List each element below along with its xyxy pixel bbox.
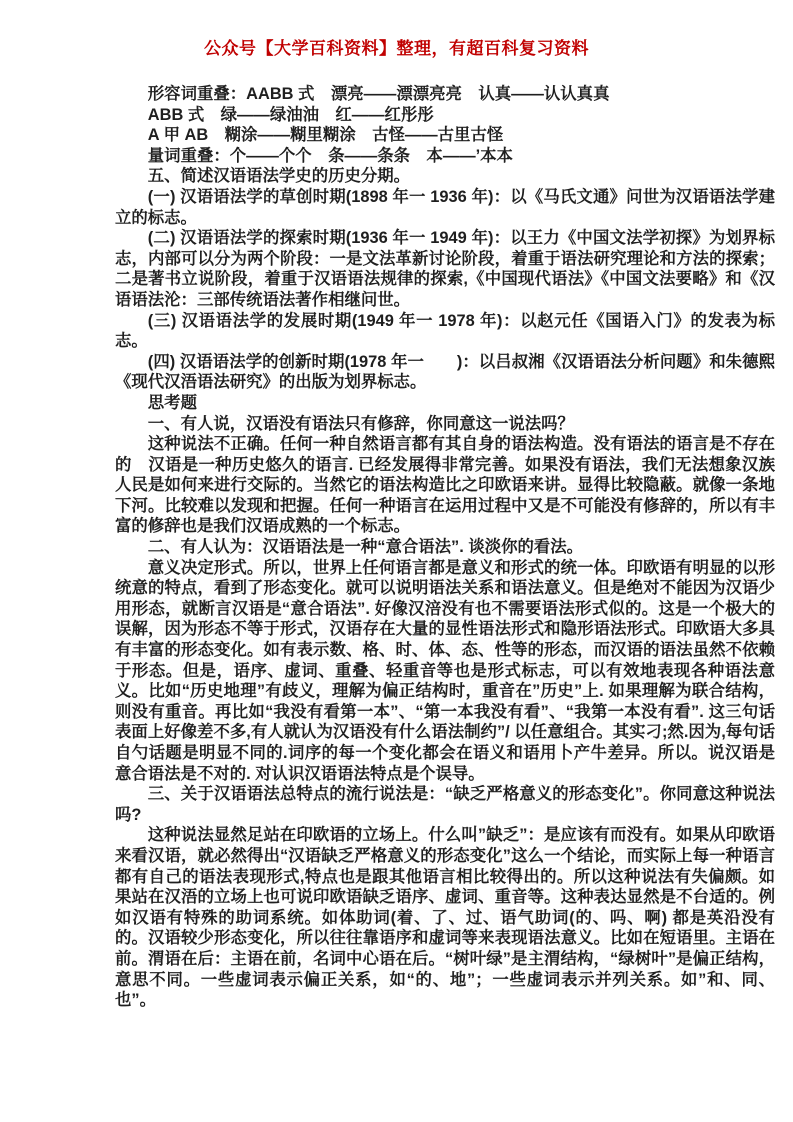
document-body: 形容词重叠：AABB 式 漂亮——漂漂亮亮 认真——认认真真ABB 式 绿——绿… (115, 84, 775, 1011)
paragraph: (一) 汉语语法学的草创时期(1898 年一 1936 年)：以《马氏文通》问世… (115, 187, 775, 228)
paragraph: 二、有人认为：汉语语法是一种“意合语法”. 谈淡你的看法。 (115, 537, 775, 558)
paragraph: 这种说法显然足站在印欧语的立场上。什么叫”缺乏”：是应该有而没有。如果从印欧语来… (115, 825, 775, 1010)
paragraph: 这种说法不正确。任何一种自然语言都有其自身的语法构造。没有语法的语言是不存在的 … (115, 434, 775, 537)
paragraph: A 甲 AB 糊涂——糊里糊涂 古怪——古里古怪 (115, 125, 775, 146)
paragraph: 五、简述汉语语法学史的历史分期。 (115, 166, 775, 187)
paragraph: (四) 汉语语法学的创新时期(1978 年一 )：以吕叔湘《汉语语法分析问题》和… (115, 352, 775, 393)
paragraph: 量词重叠：个——个个 条——条条 本——’本本 (115, 146, 775, 167)
paragraph: 意义决定形式。所以，世界上任何语言都是意义和形式的统一体。印欧语有明显的以形统意… (115, 558, 775, 785)
paragraph: 三、关于汉语语法总特点的流行说法是：“缺乏严格意义的形态变化”。你同意这种说法吗… (115, 784, 775, 825)
paragraph: (三) 汉语语法学的发展时期(1949 年一 1978 年)：以赵元任《国语入门… (115, 311, 775, 352)
paragraph: (二) 汉语语法学的探索时期(1936 年一 1949 年)：以王力《中国文法学… (115, 228, 775, 310)
paragraph: 形容词重叠：AABB 式 漂亮——漂漂亮亮 认真——认认真真 (115, 84, 775, 105)
document-page: 公众号【大学百科资料】整理，有超百科复习资料 形容词重叠：AABB 式 漂亮——… (0, 0, 793, 1122)
paragraph: 一、有人说，汉语没有语法只有修辞，你同意这一说法吗？ (115, 414, 775, 435)
paragraph: ABB 式 绿——绿油油 红——红彤彤 (115, 105, 775, 126)
paragraph: 思考题 (115, 393, 775, 414)
page-header: 公众号【大学百科资料】整理，有超百科复习资料 (0, 34, 793, 59)
